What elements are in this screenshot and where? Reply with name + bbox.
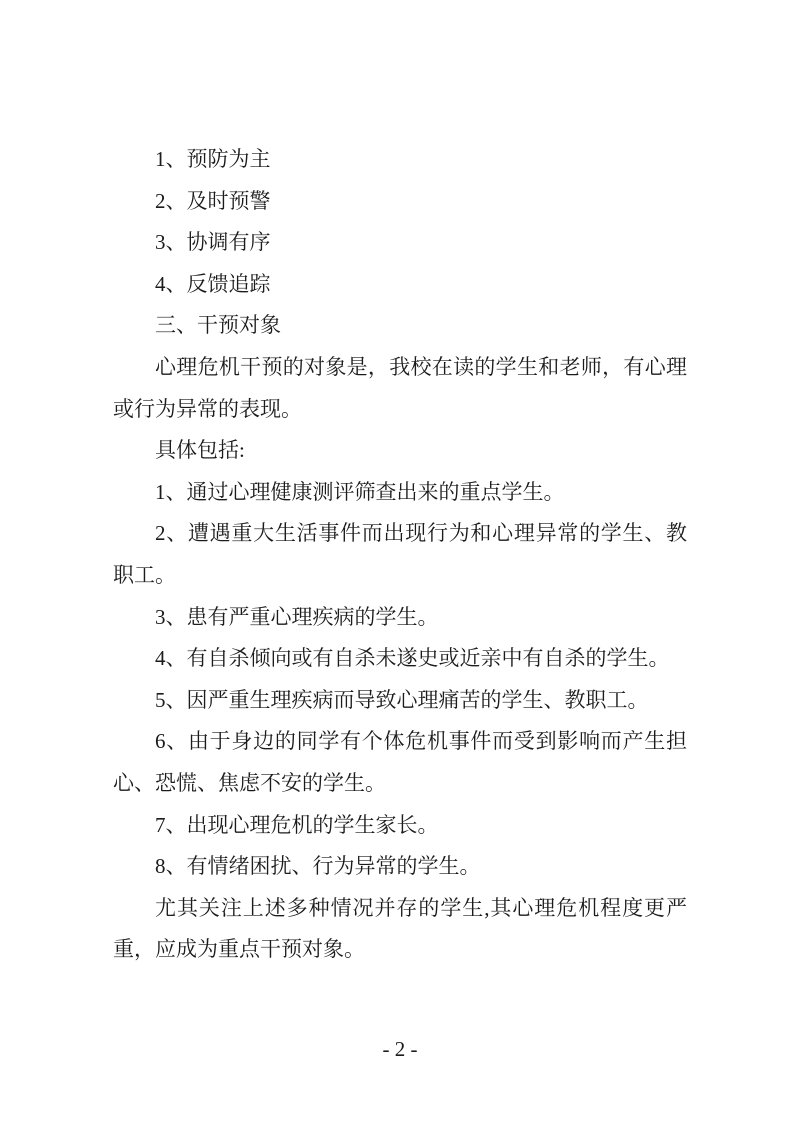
target-list-item-2: 2、遭遇重大生活事件而出现行为和心理异常的学生、教职工。 xyxy=(113,513,687,596)
target-list-item-3: 3、患有严重心理疾病的学生。 xyxy=(113,597,687,639)
paragraph-specifics-label: 具体包括: xyxy=(113,430,687,472)
document-page: 1、预防为主 2、及时预警 3、协调有序 4、反馈追踪 三、干预对象 心理危机干… xyxy=(0,0,800,1132)
principle-item-4: 4、反馈追踪 xyxy=(113,264,687,306)
principle-item-2: 2、及时预警 xyxy=(113,181,687,223)
paragraph-key-focus: 尤其关注上述多种情况并存的学生,其心理危机程度更严重，应成为重点干预对象。 xyxy=(113,888,687,971)
target-list-item-1: 1、通过心理健康测评筛查出来的重点学生。 xyxy=(113,472,687,514)
target-list-item-8: 8、有情绪困扰、行为异常的学生。 xyxy=(113,846,687,888)
principle-item-3: 3、协调有序 xyxy=(113,222,687,264)
principle-item-1: 1、预防为主 xyxy=(113,139,687,181)
document-body: 1、预防为主 2、及时预警 3、协调有序 4、反馈追踪 三、干预对象 心理危机干… xyxy=(113,139,687,971)
page-number: - 2 - xyxy=(0,1036,800,1062)
target-list-item-7: 7、出现心理危机的学生家长。 xyxy=(113,805,687,847)
section-heading-intervention-targets: 三、干预对象 xyxy=(113,305,687,347)
target-list-item-5: 5、因严重生理疾病而导致心理痛苦的学生、教职工。 xyxy=(113,680,687,722)
paragraph-target-definition: 心理危机干预的对象是，我校在读的学生和老师，有心理或行为异常的表现。 xyxy=(113,347,687,430)
target-list-item-6: 6、由于身边的同学有个体危机事件而受到影响而产生担心、恐慌、焦虑不安的学生。 xyxy=(113,721,687,804)
target-list-item-4: 4、有自杀倾向或有自杀未遂史或近亲中有自杀的学生。 xyxy=(113,638,687,680)
